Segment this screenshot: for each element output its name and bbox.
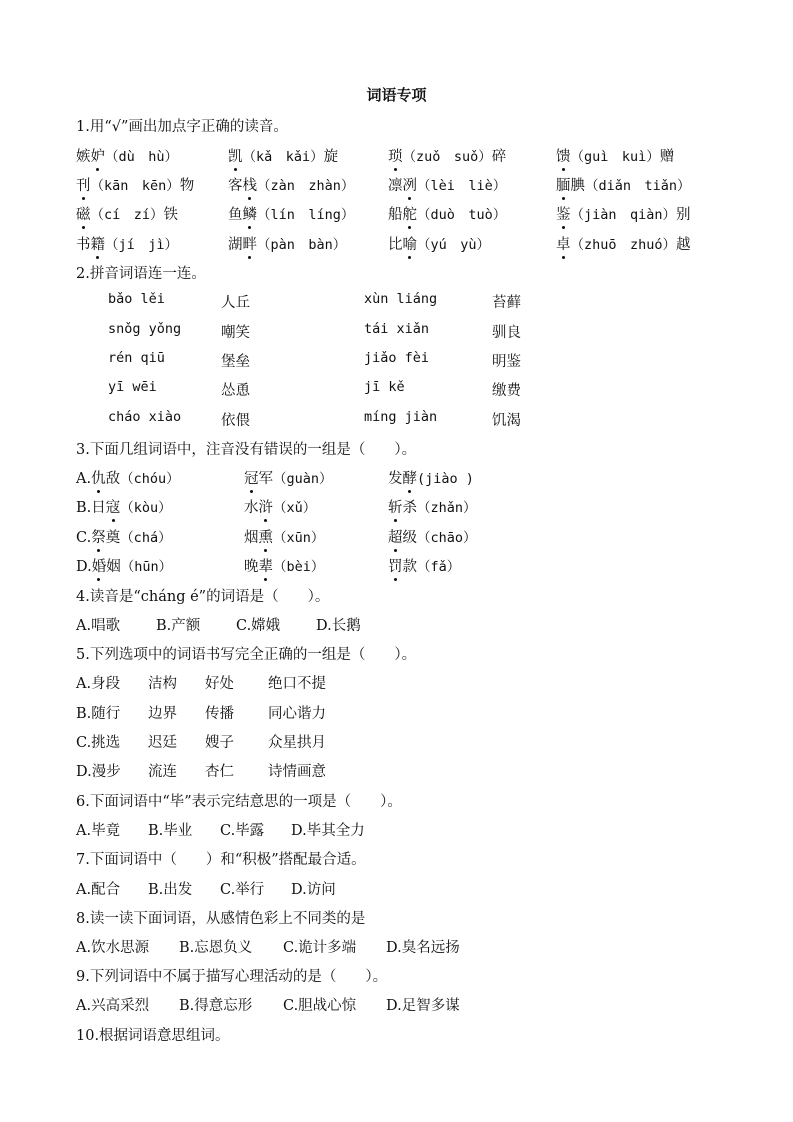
pinyin: （bèi） — [273, 559, 324, 575]
pronunciation-item: 鱼鳞（lín líng） — [228, 203, 354, 224]
word-char: 物 — [180, 178, 195, 194]
option-label: B. — [76, 500, 91, 516]
pinyin-choices: （dù hù） — [105, 149, 178, 165]
word-left: 人丘 — [221, 291, 250, 312]
pinyin-choices: （cí zí） — [91, 207, 164, 223]
word-right: 饥渴 — [492, 409, 521, 430]
pinyin: （chóu） — [120, 471, 180, 487]
option-item: D.婚姻（hūn） — [76, 555, 172, 576]
pronunciation-item: 凛冽（lèi liè） — [388, 174, 506, 195]
option-c: C.胆战心惊 — [283, 994, 356, 1015]
option-item: 发酵(jiào ) — [388, 467, 474, 488]
pinyin-right: jī kě — [364, 379, 405, 395]
word-char: 书 — [76, 237, 91, 253]
pinyin: （zhǎn） — [417, 500, 477, 516]
pinyin-left: cháo xiào — [108, 409, 181, 425]
pinyin-left: bǎo lěi — [108, 291, 165, 307]
option-word: D.漫步 — [76, 760, 121, 781]
pinyin: （guàn） — [273, 471, 333, 487]
emphasized-char: 熏 — [259, 526, 274, 547]
word-char: 发 — [388, 471, 403, 487]
option-item: 斩杀（zhǎn） — [388, 496, 477, 517]
emphasized-char: 栈 — [243, 174, 258, 195]
option-word: 洁构 — [148, 672, 177, 693]
pronunciation-item: 鉴（jiàn qiàn）别 — [556, 203, 691, 224]
option-label: A. — [76, 471, 91, 487]
option-item: B.日寇（kòu） — [76, 496, 172, 517]
emphasized-char: 寇 — [106, 496, 121, 517]
emphasized-char: 仇 — [91, 467, 106, 488]
pinyin-right: tái xiǎn — [364, 321, 429, 337]
pinyin: (jiào ) — [417, 471, 474, 487]
pinyin-choices: （diǎn tiǎn） — [585, 178, 691, 194]
pronunciation-item: 馈（guì kuì）赠 — [556, 145, 674, 166]
emphasized-char: 浒 — [259, 496, 274, 517]
pinyin-choices: （zàn zhàn） — [257, 178, 354, 194]
word-char: 姻 — [106, 559, 121, 575]
pronunciation-item: 客栈（zàn zhàn） — [228, 174, 354, 195]
word-char: 铁 — [164, 207, 179, 223]
emphasized-char: 卓 — [556, 233, 571, 254]
option-item: 水浒（xǔ） — [244, 496, 316, 517]
pronunciation-item: 磁（cí zí）铁 — [76, 203, 178, 224]
emphasized-char: 舵 — [403, 203, 418, 224]
word-char: 船 — [388, 207, 403, 223]
pinyin-choices: （duò tuò） — [417, 207, 506, 223]
word-char: 赠 — [660, 149, 675, 165]
word-char: 杀 — [403, 500, 418, 516]
option-d: D.长鹅 — [316, 614, 361, 635]
option-c: C.举行 — [220, 878, 264, 899]
word-left: 依偎 — [221, 409, 250, 430]
pinyin: （xǔ） — [273, 500, 316, 516]
word-char: 奠 — [106, 530, 121, 546]
emphasized-char: 籍 — [91, 233, 106, 254]
pinyin-choices: （yú yù） — [417, 237, 490, 253]
option-label: C. — [76, 530, 91, 546]
word-char: 军 — [259, 471, 274, 487]
pronunciation-item: 书籍（jí jì） — [76, 233, 178, 254]
emphasized-char: 超 — [388, 526, 403, 547]
word-char: 敌 — [106, 471, 121, 487]
pinyin: （hūn） — [121, 559, 172, 575]
word-right: 苔藓 — [492, 291, 521, 312]
word-char: 越 — [676, 237, 691, 253]
pinyin-choices: （kǎ kǎi） — [243, 149, 324, 165]
option-word: 诗情画意 — [268, 760, 326, 781]
question-7-prompt: 7.下面词语中（ ）和“积极”搭配最合适。 — [76, 848, 366, 869]
option-item: 罚款（fǎ） — [388, 555, 460, 576]
option-item: 冠军（guàn） — [244, 467, 333, 488]
pronunciation-item: 卓（zhuō zhuó）越 — [556, 233, 691, 254]
word-char: 鱼 — [228, 207, 243, 223]
option-d: D.臭名远扬 — [386, 936, 460, 957]
pinyin-choices: （lín líng） — [257, 207, 354, 223]
emphasized-char: 凯 — [228, 145, 243, 166]
option-b: B.出发 — [148, 878, 192, 899]
question-5-prompt: 5.下列选项中的词语书写完全正确的一组是（ ）。 — [76, 643, 416, 664]
pronunciation-item: 湖畔（pàn bàn） — [228, 233, 346, 254]
option-word: 众星拱月 — [268, 731, 326, 752]
pronunciation-item: 琐（zuǒ suǒ）碎 — [388, 145, 506, 166]
emphasized-char: 冽 — [403, 174, 418, 195]
emphasized-char: 罚 — [388, 555, 403, 576]
pinyin-left: yī wēi — [108, 379, 157, 395]
pronunciation-item: 嫉妒（dù hù） — [76, 145, 178, 166]
option-c: C.毕露 — [220, 819, 264, 840]
emphasized-char: 婚 — [92, 555, 107, 576]
pinyin: （kòu） — [120, 500, 171, 516]
pronunciation-item: 腼腆（diǎn tiǎn） — [556, 174, 691, 195]
word-char: 款 — [403, 559, 418, 575]
pinyin-right: míng jiàn — [364, 409, 437, 425]
option-c: C.嫦娥 — [236, 614, 280, 635]
pinyin-right: jiǎo fèi — [364, 350, 429, 366]
option-item: 超级（chāo） — [388, 526, 477, 547]
option-item: A.仇敌（chóu） — [76, 467, 180, 488]
option-d: D.毕其全力 — [291, 819, 365, 840]
option-b: B.忘恩负义 — [179, 936, 252, 957]
option-word: B.随行 — [76, 702, 120, 723]
emphasized-char: 斩 — [388, 496, 403, 517]
word-char: 嫉 — [76, 149, 91, 165]
option-b: B.毕业 — [148, 819, 192, 840]
option-a: A.配合 — [76, 878, 120, 899]
page-title: 词语专项 — [0, 84, 793, 105]
emphasized-char: 酵 — [403, 467, 418, 488]
pinyin-choices: （lèi liè） — [417, 178, 506, 194]
emphasized-char: 辈 — [259, 555, 274, 576]
option-a: A.毕竟 — [76, 819, 120, 840]
option-b: B.得意忘形 — [179, 994, 252, 1015]
question-9-prompt: 9.下列词语中不属于描写心理活动的是（ ）。 — [76, 965, 387, 986]
pronunciation-item: 比喻（yú yù） — [388, 233, 490, 254]
question-10-prompt: 10.根据词语意思组词。 — [76, 1024, 230, 1045]
option-item: 晚辈（bèi） — [244, 555, 324, 576]
option-word: 嫂子 — [205, 731, 234, 752]
pinyin-left: rén qiū — [108, 350, 165, 366]
emphasized-char: 腼 — [556, 174, 571, 195]
pinyin-choices: （kān kēn） — [91, 178, 180, 194]
word-char: 腆 — [571, 178, 586, 194]
option-a: A.饮水思源 — [76, 936, 149, 957]
emphasized-char: 祭 — [91, 526, 106, 547]
emphasized-char: 畔 — [243, 233, 258, 254]
word-char: 日 — [91, 500, 106, 516]
option-b: B.产额 — [156, 614, 200, 635]
pinyin: （chāo） — [417, 530, 477, 546]
question-4-prompt: 4.读音是“cháng é”的词语是（ ）。 — [76, 585, 329, 606]
option-word: 同心谐力 — [268, 702, 326, 723]
option-word: 传播 — [205, 702, 234, 723]
pinyin-choices: （pàn bàn） — [257, 237, 346, 253]
option-word: 杏仁 — [205, 760, 234, 781]
pinyin: （fǎ） — [417, 559, 460, 575]
option-a: A.兴高采烈 — [76, 994, 149, 1015]
word-char: 水 — [244, 500, 259, 516]
option-word: 好处 — [205, 672, 234, 693]
word-right: 缴费 — [492, 379, 521, 400]
emphasized-char: 妒 — [91, 145, 106, 166]
word-char: 碎 — [492, 149, 507, 165]
pinyin-left: snǒg yǒng — [108, 321, 181, 337]
pinyin: （chá） — [120, 530, 171, 546]
question-6-prompt: 6.下面词语中“毕”表示完结意思的一项是（ ）。 — [76, 790, 402, 811]
option-word: 流连 — [148, 760, 177, 781]
word-char: 晚 — [244, 559, 259, 575]
option-a: A.唱歌 — [76, 614, 120, 635]
option-word: C.挑选 — [76, 731, 120, 752]
option-word: 绝口不提 — [268, 672, 326, 693]
word-char: 凛 — [388, 178, 403, 194]
word-right: 驯良 — [492, 321, 521, 342]
emphasized-char: 冠 — [244, 467, 259, 488]
emphasized-char: 馈 — [556, 145, 571, 166]
word-char: 比 — [388, 237, 403, 253]
option-d: D.足智多谋 — [386, 994, 460, 1015]
emphasized-char: 磁 — [76, 203, 91, 224]
word-left: 堡垒 — [221, 350, 250, 371]
pinyin-choices: （zuǒ suǒ） — [403, 149, 492, 165]
pinyin-choices: （jiàn qiàn） — [571, 207, 677, 223]
pinyin-choices: （jí jì） — [105, 237, 178, 253]
pronunciation-item: 刊（kān kēn）物 — [76, 174, 194, 195]
option-word: 边界 — [148, 702, 177, 723]
pinyin-right: xùn liáng — [364, 291, 437, 307]
emphasized-char: 喻 — [403, 233, 418, 254]
word-char: 别 — [676, 207, 691, 223]
emphasized-char: 鳞 — [243, 203, 258, 224]
option-c: C.诡计多端 — [283, 936, 356, 957]
word-char: 客 — [228, 178, 243, 194]
word-right: 明鉴 — [492, 350, 521, 371]
word-char: 湖 — [228, 237, 243, 253]
option-label: D. — [76, 559, 92, 575]
question-1-prompt: 1.用“√”画出加点字正确的读音。 — [76, 115, 288, 136]
question-8-prompt: 8.读一读下面词语，从感情色彩上不同类的是 — [76, 907, 365, 928]
pronunciation-item: 船舵（duò tuò） — [388, 203, 506, 224]
question-2-prompt: 2.拼音词语连一连。 — [76, 262, 206, 283]
word-char: 烟 — [244, 530, 259, 546]
option-d: D.访问 — [291, 878, 336, 899]
option-item: C.祭奠（chá） — [76, 526, 172, 547]
pinyin-choices: （guì kuì） — [571, 149, 660, 165]
word-left: 怂恿 — [221, 379, 250, 400]
pinyin: （xūn） — [273, 530, 324, 546]
document-page: 词语专项 1.用“√”画出加点字正确的读音。 嫉妒（dù hù）凯（kǎ kǎi… — [0, 0, 793, 1122]
word-char: 级 — [403, 530, 418, 546]
emphasized-char: 刊 — [76, 174, 91, 195]
word-char: 旋 — [324, 149, 339, 165]
option-item: 烟熏（xūn） — [244, 526, 324, 547]
option-word: 迟廷 — [148, 731, 177, 752]
pronunciation-item: 凯（kǎ kǎi）旋 — [228, 145, 338, 166]
pinyin-choices: （zhuō zhuó） — [571, 237, 677, 253]
option-word: A.身段 — [76, 672, 120, 693]
emphasized-char: 琐 — [388, 145, 403, 166]
word-left: 嘲笑 — [221, 321, 250, 342]
emphasized-char: 鉴 — [556, 203, 571, 224]
question-3-prompt: 3.下面几组词语中，注音没有错误的一组是（ ）。 — [76, 438, 416, 459]
